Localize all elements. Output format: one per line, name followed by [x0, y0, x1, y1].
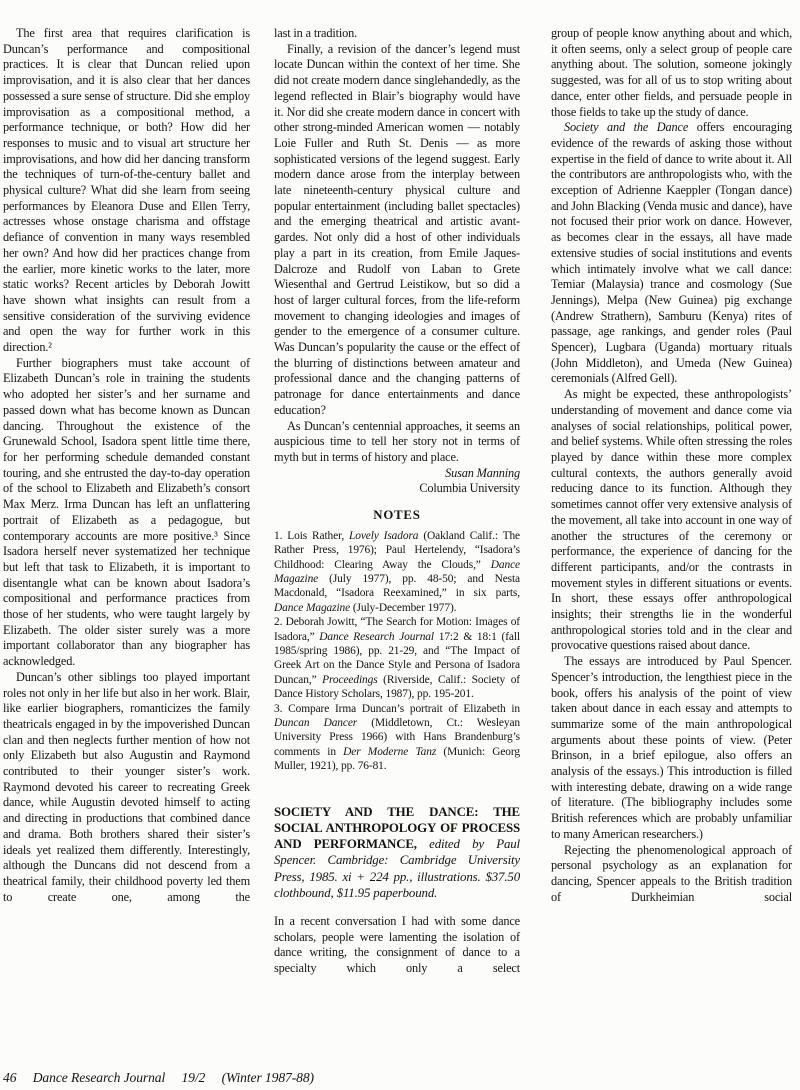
text-segment: (July-December 1977).	[350, 602, 456, 614]
para: last in a tradition.	[274, 26, 520, 42]
text-segment: Duncan’s other siblings too played impor…	[3, 670, 250, 904]
text-segment: Der Moderne Tanz	[343, 746, 436, 758]
text-segment: 1. Lois Rather,	[274, 530, 349, 542]
review-heading: SOCIETY AND THE DANCE: THE SOCIAL ANTHRO…	[274, 804, 520, 901]
para: The first area that requires clarificati…	[3, 26, 250, 356]
text-segment: Rejecting the phenomenological approach …	[551, 843, 792, 904]
footer-issue: 19/2	[181, 1070, 205, 1085]
journal-page: The first area that requires clarificati…	[0, 0, 800, 1090]
text-segment: The essays are introduced by Paul Spence…	[551, 654, 792, 841]
text-segment: As might be expected, these anthropologi…	[551, 387, 792, 652]
text-segment: last in a tradition.	[274, 26, 357, 40]
signature: Susan Manning	[274, 466, 520, 482]
text-segment: Dance Research Journal	[319, 631, 434, 643]
notes-heading: NOTES	[274, 508, 520, 524]
text-segment: group of people know anything about and …	[551, 26, 792, 119]
note: 2. Deborah Jowitt, “The Search for Motio…	[274, 615, 520, 701]
footer-journal-title: Dance Research Journal	[33, 1070, 165, 1085]
para: Rejecting the phenomenological approach …	[551, 843, 792, 906]
para: As might be expected, these anthropologi…	[551, 387, 792, 654]
text-segment: Proceedings	[322, 674, 377, 686]
text-segment: The first area that requires clarificati…	[3, 26, 250, 354]
column-middle: last in a tradition.Finally, a revision …	[274, 26, 520, 977]
para: Society and the Dance offers encouraging…	[551, 120, 792, 387]
lead-para: In a recent conversation I had with some…	[274, 914, 520, 977]
footer-page-number: 46	[3, 1070, 16, 1085]
para: Duncan’s other siblings too played impor…	[3, 670, 250, 906]
text-segment: NOTES	[373, 508, 420, 522]
footer-season: (Winter 1987-88)	[222, 1070, 314, 1085]
column-right: group of people know anything about and …	[551, 26, 792, 905]
text-segment: Duncan Dancer	[274, 717, 357, 729]
text-segment: Susan Manning	[445, 466, 520, 480]
affiliation: Columbia University	[274, 481, 520, 497]
note: 3. Compare Irma Duncan’s portrait of Eli…	[274, 702, 520, 774]
para: group of people know anything about and …	[551, 26, 792, 120]
para: The essays are introduced by Paul Spence…	[551, 654, 792, 842]
para: Finally, a revision of the dancer’s lege…	[274, 42, 520, 419]
column-left: The first area that requires clarificati…	[3, 26, 250, 905]
page-footer: 46 Dance Research Journal 19/2 (Winter 1…	[3, 1070, 314, 1086]
text-segment: Finally, a revision of the dancer’s lege…	[274, 42, 520, 417]
text-segment: As Duncan’s centennial approaches, it se…	[274, 419, 520, 464]
para: Further biographers must take account of…	[3, 356, 250, 670]
text-segment: Columbia University	[419, 481, 520, 495]
text-segment: 3. Compare Irma Duncan’s portrait of Eli…	[274, 703, 520, 715]
note: 1. Lois Rather, Lovely Isadora (Oakland …	[274, 529, 520, 615]
text-segment: In a recent conversation I had with some…	[274, 914, 520, 975]
text-segment: Further biographers must take account of…	[3, 356, 250, 668]
para: As Duncan’s centennial approaches, it se…	[274, 419, 520, 466]
text-segment: Dance Magazine	[274, 602, 350, 614]
text-segment: Lovely Isadora	[349, 530, 418, 542]
text-segment: Society and the Dance	[564, 120, 688, 134]
text-segment: offers encouraging evidence of the rewar…	[551, 120, 792, 385]
